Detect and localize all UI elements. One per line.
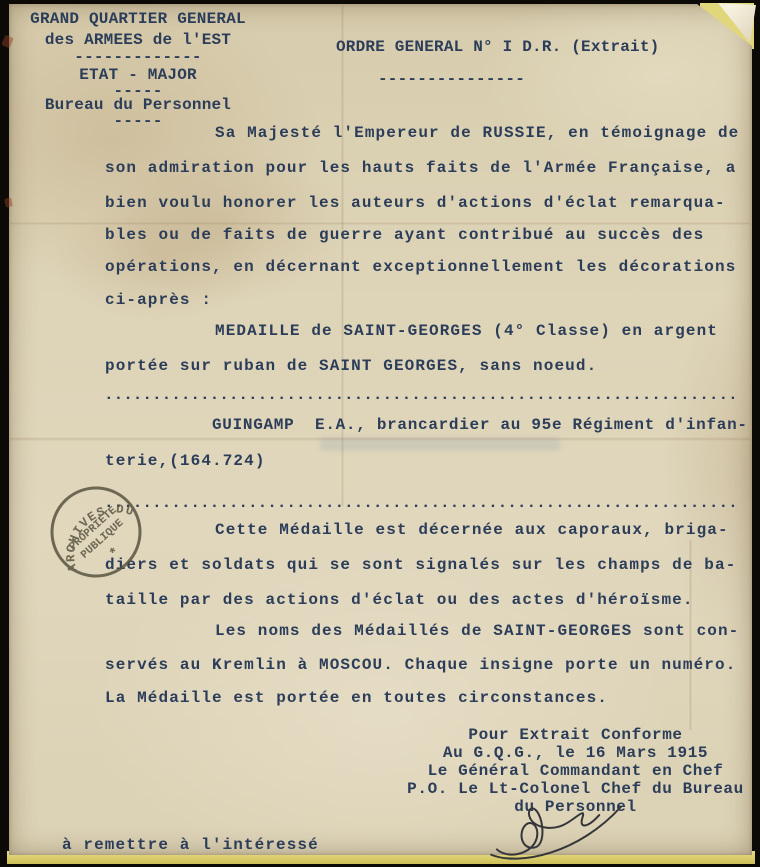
text-line: diers et soldats qui se sont signalés su… [105,556,736,574]
text-line: MEDAILLE de SAINT-GEORGES (4° Classe) en… [215,322,718,340]
footer-note: à remettre à l'intéressé [62,836,319,854]
text-line: Sa Majesté l'Empereur de RUSSIE, en témo… [215,124,739,142]
text-line: La Médaille est portée en toutes circons… [105,689,608,707]
text-line: Cette Médaille est décernée aux caporaux… [215,521,729,539]
text-line: bles ou de faits de guerre ayant contrib… [105,226,704,244]
document-scan: GRAND QUARTIER GENERAL des ARMEES de l'E… [0,0,760,867]
document-title: ORDRE GENERAL N° I D.R. (Extrait) [336,38,659,56]
letterhead-line: GRAND QUARTIER GENERAL [26,10,250,28]
text-line: opérations, en décernant exceptionnellem… [105,258,736,276]
text-line: ci-après : [105,291,212,309]
dotted-separator: ........................................… [104,494,738,512]
text-line: taille par des actions d'éclat ou des ac… [105,591,694,609]
text-line: Les noms des Médaillés de SAINT-GEORGES … [215,622,739,640]
signoff-line: Au G.Q.G., le 16 Mars 1915 [403,744,748,762]
text-line: son admiration pour les hauts faits de l… [105,159,736,177]
ink-bleed-smudge [320,437,560,451]
text-line: terie,(164.724) [105,452,266,470]
stamp-star: * [107,545,124,563]
signature [480,792,643,867]
text-line: bien voulu honorer les auteurs d'actions… [105,194,726,212]
crease-line [10,222,750,225]
text-line: GUINGAMP E.A., brancardier au 95e Régime… [212,416,748,434]
letterhead-line: des ARMEES de l'EST [26,31,250,49]
signoff-line: Pour Extrait Conforme [403,726,748,744]
signoff-line: Le Général Commandant en Chef [403,762,748,780]
text-line: portée sur ruban de SAINT GEORGES, sans … [105,357,597,375]
letterhead-divider: ------------- [26,48,250,66]
text-line: servés au Kremlin à MOSCOU. Chaque insig… [105,656,736,674]
title-divider: --------------- [378,70,525,88]
dotted-separator: ........................................… [104,386,738,404]
